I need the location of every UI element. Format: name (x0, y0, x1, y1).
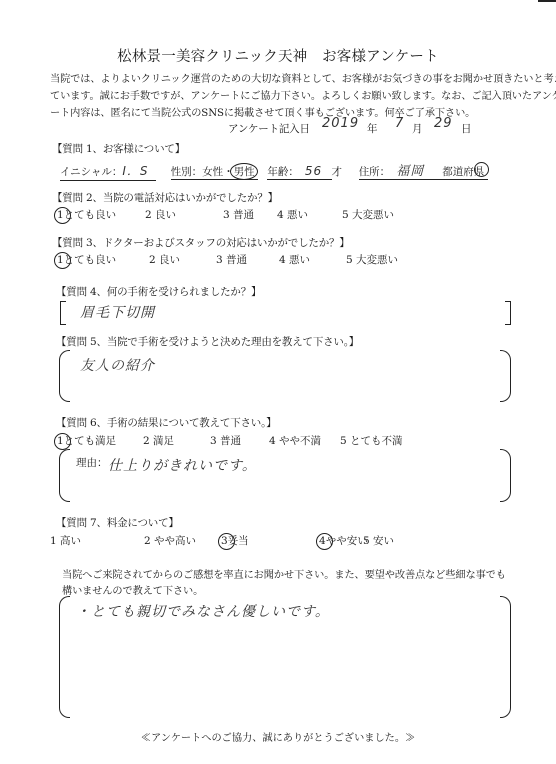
comments-answer[interactable]: ・とても親切でみなさん優しいです。 (76, 601, 330, 621)
q6-reason-label: 理由： (76, 455, 108, 470)
q7-option-1[interactable]: 1 高い (50, 533, 81, 548)
q7-heading: 【質問 7、料金について】 (56, 515, 179, 530)
q6-bracket-right (500, 449, 511, 502)
q2-option-3[interactable]: 3 普通 (223, 207, 254, 222)
q3-option-2[interactable]: 2 良い (149, 252, 180, 267)
scan-edge-mark (538, 0, 556, 2)
q2-options: 1とても良い 2 良い 3 普通 4 悪い 5 大変悪い (53, 207, 112, 222)
q2-heading: 【質問 2、当院の電話対応はいかがでしたか？】 (52, 190, 278, 205)
age-field[interactable]: 年齢：56 (267, 166, 331, 180)
age-value: 56 (299, 164, 328, 178)
q5-heading: 【質問 5、当院で手術を受けようと決めた理由を教えて下さい。】 (56, 334, 359, 349)
q4-heading: 【質問 4、何の手術を受けられましたか？】 (56, 284, 261, 299)
q7-option-5[interactable]: 5 安い (363, 533, 394, 548)
q6-option-3[interactable]: 3 普通 (210, 433, 241, 448)
initials-field[interactable]: イニシャル：I．S (60, 162, 156, 181)
intro-line-3: ート内容は、匿名にて当院公式のSNSに掲載させて頂く事もございます。何卒ご了承下… (50, 104, 475, 119)
q7-option-4[interactable]: 4やや安い (319, 535, 368, 547)
date-day-unit: 日 (461, 121, 471, 136)
date-month[interactable]: 7 (395, 116, 404, 131)
q2-option-1[interactable]: 1とても良い (57, 209, 116, 221)
q7-option-3[interactable]: 3妥当 (221, 535, 249, 547)
q1-row: イニシャル：I．S 性別：女性・男性 年齢：56 才 住所：福岡都道府県 (60, 160, 489, 181)
age-unit: 才 (332, 166, 343, 178)
q7-option-2[interactable]: 2 やや高い (144, 533, 196, 548)
q6-option-5[interactable]: 5 とても不満 (340, 433, 403, 448)
q6-option-1[interactable]: 1とても満足 (57, 435, 116, 447)
survey-title: 松林景一美容クリニック天神 お客様アンケート (0, 45, 556, 66)
date-month-unit: 月 (412, 121, 422, 136)
q6-option-2[interactable]: 2 満足 (143, 433, 174, 448)
comments-bracket-left (59, 596, 70, 718)
date-day[interactable]: 29 (434, 116, 453, 131)
comments-prompt-line-1: 当院へご来院されてからのご感想を率直にお聞かせ下さい。また、要望や改善点など些細… (62, 566, 506, 581)
q6-reason-answer[interactable]: 仕上りがきれいです。 (108, 455, 257, 475)
q7-options: 1 高い 2 やや高い 3妥当 4やや安い 5 安い (50, 533, 130, 548)
q5-answer[interactable]: 友人の紹介 (80, 355, 155, 375)
q2-option-4[interactable]: 4 悪い (277, 207, 308, 222)
q6-option-4[interactable]: 4 やや不満 (269, 433, 321, 448)
q5-bracket-left (59, 350, 70, 402)
q1-heading: 【質問 1、お客様について】 (52, 141, 185, 156)
comments-bracket-right (500, 596, 511, 718)
footer-thanks: ≪アンケートへのご協力、誠にありがとうございました。≫ (0, 729, 556, 744)
q4-bracket-right (505, 301, 511, 325)
q3-option-3[interactable]: 3 普通 (216, 252, 247, 267)
address-value: 福岡 (390, 164, 442, 179)
date-year-unit: 年 (367, 121, 377, 136)
q3-option-1[interactable]: 1とても良い (57, 254, 116, 266)
q3-option-5[interactable]: 5 大変悪い (346, 252, 398, 267)
q5-bracket-right (500, 350, 511, 402)
intro-line-2: ています。誠にお手数ですが、アンケートにご協力下さい。よろしくお願い致します。な… (50, 87, 556, 102)
date-label: アンケート記入日 (228, 121, 310, 136)
q6-bracket-left (59, 449, 70, 502)
q3-options: 1とても良い 2 良い 3 普通 4 悪い 5 大変悪い (53, 252, 112, 267)
intro-line-1: 当院では、よりよいクリニック運営のための大切な資料として、お客様がお気づきの事を… (50, 70, 556, 85)
gender-option-female[interactable]: 女性 (202, 166, 223, 178)
q4-answer[interactable]: 眉毛下切開 (80, 302, 155, 322)
q2-option-2[interactable]: 2 良い (145, 207, 176, 222)
prefecture-circle-mark (474, 162, 489, 177)
q6-heading: 【質問 6、手術の結果について教えて下さい。】 (56, 415, 276, 430)
q2-option-5[interactable]: 5 大変悪い (342, 207, 394, 222)
comments-prompt-line-2: 構いませんので教えて下さい。 (62, 582, 203, 597)
address-field[interactable]: 住所：福岡都道府県 (359, 166, 488, 180)
gender-field: 性別：女性・男性 (171, 166, 258, 180)
q6-options: 1とても満足 2 満足 3 普通 4 やや不満 5 とても不満 (53, 433, 112, 448)
gender-option-male[interactable]: 男性 (234, 166, 255, 178)
date-year[interactable]: 2019 (322, 116, 359, 131)
initials-label: イニシャル： (60, 166, 122, 178)
age-label: 年齢： (267, 166, 299, 178)
q3-option-4[interactable]: 4 悪い (279, 252, 310, 267)
q3-heading: 【質問 3、ドクターおよびスタッフの対応はいかがでしたか？】 (52, 235, 350, 250)
address-label: 住所： (359, 166, 391, 178)
gender-label: 性別： (171, 166, 203, 178)
q4-bracket-left (60, 301, 66, 325)
initials-value: I．S (122, 164, 148, 178)
